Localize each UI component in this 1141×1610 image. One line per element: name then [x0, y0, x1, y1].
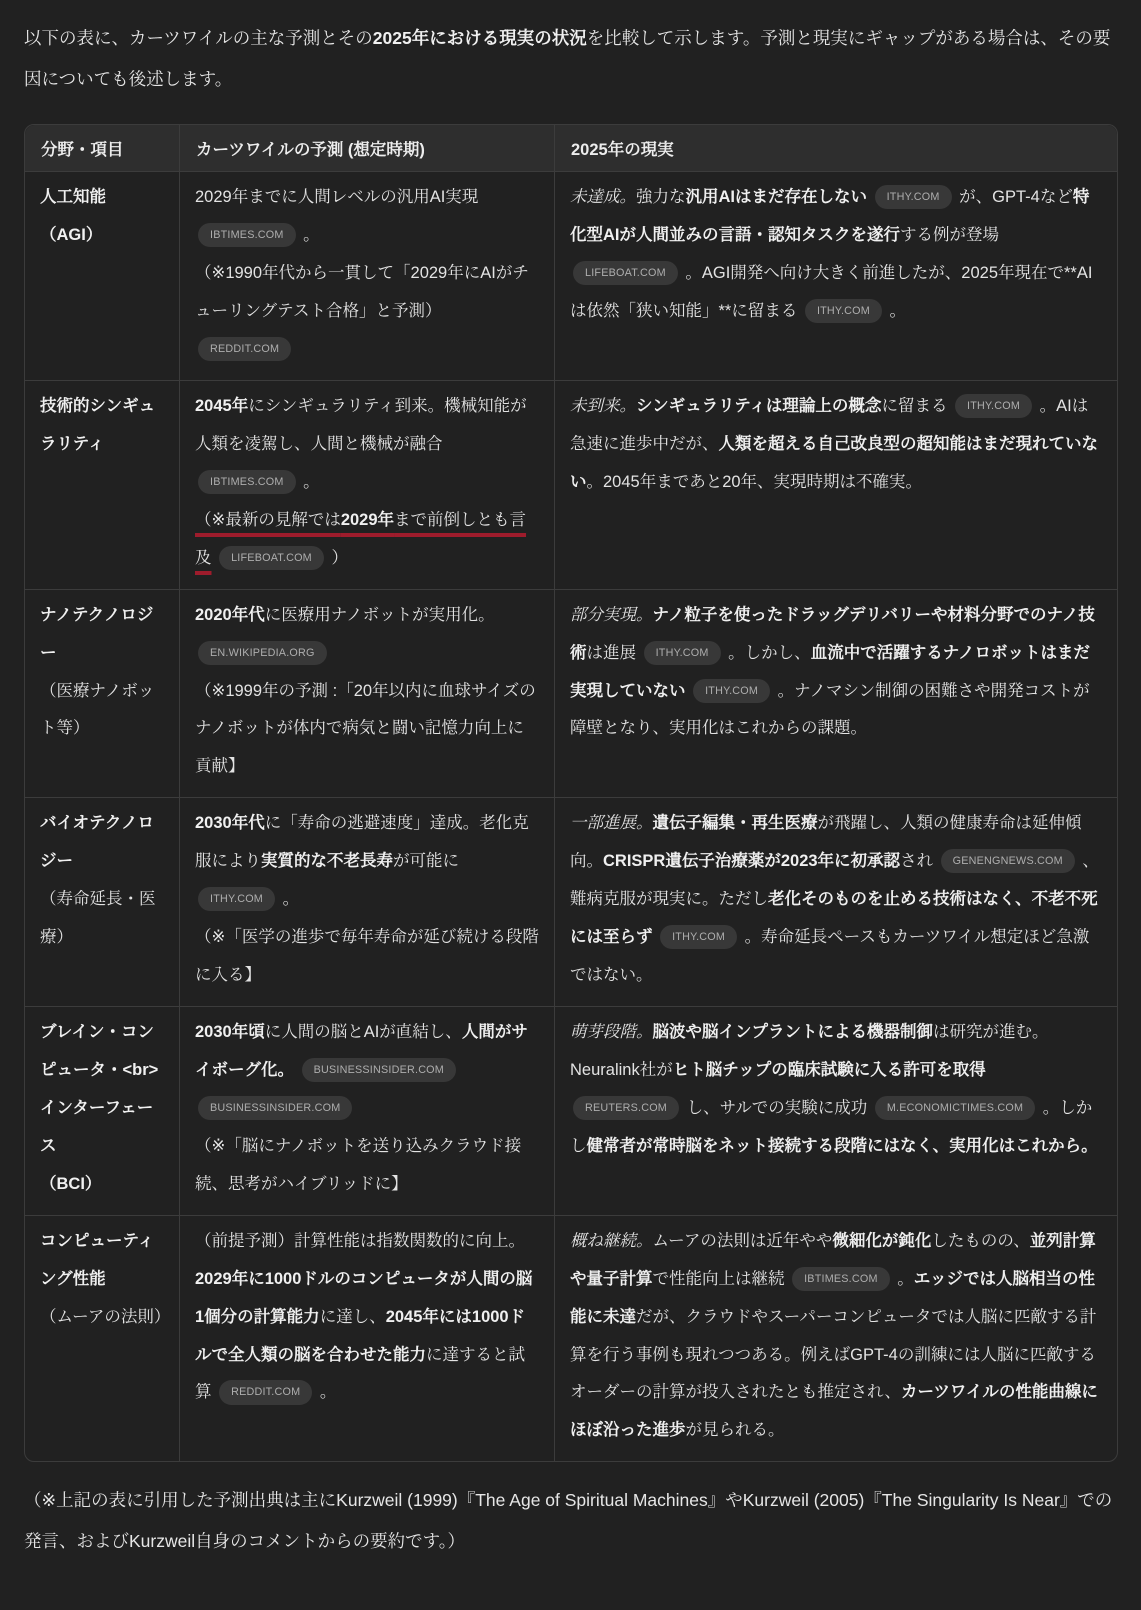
- text-segment: 。: [885, 302, 906, 320]
- field-cell: バイオテクノロジー（寿命延長・医療）: [25, 798, 180, 1007]
- prediction-cell: （前提予測）計算性能は指数関数的に向上。2029年に1000ドルのコンピュータが…: [180, 1216, 555, 1462]
- citation-badge[interactable]: ITHY.COM: [693, 679, 770, 703]
- text-segment: （BCI）: [40, 1175, 101, 1193]
- table-row: 人工知能（AGI） 2029年までに人間レベルの汎用AI実現 IBTIMES.C…: [25, 172, 1117, 381]
- text-segment: 人工知能: [40, 188, 106, 206]
- citation-badge[interactable]: ITHY.COM: [875, 185, 952, 209]
- text-segment: 実質的な不老長寿: [261, 852, 393, 870]
- citation-badge[interactable]: BUSINESSINSIDER.COM: [302, 1058, 456, 1082]
- text-segment: し、サルでの実験に成功: [682, 1099, 872, 1117]
- text-segment: 2025年における現実の状況: [373, 28, 587, 48]
- text-segment: で性能向上は継続: [653, 1270, 790, 1288]
- column-header-prediction: カーツワイルの予測 (想定時期): [180, 125, 555, 172]
- table-header-row: 分野・項目 カーツワイルの予測 (想定時期) 2025年の現実: [25, 125, 1117, 172]
- text-segment: （※1990年代から一貫して「2029年にAIがチューリングテスト合格」と予測）: [195, 264, 529, 320]
- text-segment: （寿命延長・医療）: [40, 890, 156, 946]
- text-segment: に人間の脳とAIが直結し、: [265, 1023, 462, 1041]
- text-segment: 2029年までに人間レベルの汎用AI実現: [195, 188, 478, 206]
- table-row: ナノテクノロジー（医療ナノボット等） 2020年代に医療用ナノボットが実用化。 …: [25, 590, 1117, 799]
- prediction-cell: 2020年代に医療用ナノボットが実用化。 EN.WIKIPEDIA.ORG（※1…: [180, 590, 555, 799]
- reality-cell: 萌芽段階。脳波や脳インプラントによる機器制御は研究が進む。Neuralink社が…: [555, 1007, 1117, 1216]
- citation-badge[interactable]: REDDIT.COM: [219, 1380, 312, 1404]
- text-segment: コンピューティング性能: [40, 1232, 154, 1288]
- text-segment: ヒト脳チップの臨床試験に入る許可を取得: [673, 1061, 986, 1079]
- table-row: バイオテクノロジー（寿命延長・医療） 2030年代に「寿命の逃避速度」達成。老化…: [25, 798, 1117, 1007]
- text-segment: ）: [327, 549, 348, 567]
- intro-paragraph: 以下の表に、カーツワイルの主な予測とその2025年における現実の状況を比較して示…: [24, 18, 1117, 100]
- text-segment: （※最新の見解では: [195, 511, 341, 529]
- citation-badge[interactable]: ITHY.COM: [805, 299, 882, 323]
- text-segment: [212, 549, 217, 567]
- text-segment: CRISPR遺伝子治療薬が2023年に初承認: [603, 852, 900, 870]
- text-segment: [294, 1061, 299, 1079]
- text-segment: 。2045年まであと20年、実現時期は不確実。: [587, 473, 923, 491]
- text-segment: 一部進展。: [570, 814, 653, 832]
- text-segment: 遺伝子編集・再生医療: [653, 814, 818, 832]
- citation-badge[interactable]: EN.WIKIPEDIA.ORG: [198, 641, 327, 665]
- text-segment: 2030年代: [195, 814, 265, 832]
- text-segment: 。: [893, 1270, 914, 1288]
- text-segment: に医療用ナノボットが実用化。: [265, 606, 495, 624]
- reality-cell: 未到来。シンギュラリティは理論上の概念に留まる ITHY.COM 。AIは急速に…: [555, 381, 1117, 590]
- text-segment: 2020年代: [195, 606, 265, 624]
- text-segment: ムーアの法則は近年やや: [653, 1232, 833, 1250]
- text-segment: したものの、: [931, 1232, 1029, 1250]
- text-segment: [686, 682, 691, 700]
- text-segment: （前提予測）計算性能は指数関数的に向上。: [195, 1232, 525, 1250]
- reality-cell: 概ね継続。ムーアの法則は近年やや微細化が鈍化したものの、並列計算や量子計算で性能…: [555, 1216, 1117, 1462]
- prediction-cell: 2045年にシンギュラリティ到来。機械知能が人類を凌駕し、人間と機械が融合 IB…: [180, 381, 555, 590]
- field-cell: コンピューティング性能（ムーアの法則）: [25, 1216, 180, 1462]
- text-segment: 2030年頃: [195, 1023, 265, 1041]
- text-segment: に達し、: [320, 1308, 386, 1326]
- text-segment: 以下の表に、カーツワイルの主な予測とその: [24, 28, 373, 48]
- citation-badge[interactable]: LIFEBOAT.COM: [219, 546, 324, 570]
- text-segment: され: [900, 852, 938, 870]
- text-segment: 未到来。: [570, 397, 636, 415]
- text-segment: （医療ナノボット等）: [40, 682, 154, 738]
- reality-cell: 部分実現。ナノ粒子を使ったドラッグデリバリーや材料分野でのナノ技術は進展 ITH…: [555, 590, 1117, 799]
- table-row: ブレイン・コンピュータ・<br>インターフェース（BCI） 2030年頃に人間の…: [25, 1007, 1117, 1216]
- text-segment: （※「医学の進歩で毎年寿命が延び続ける段階に入る】: [195, 928, 539, 984]
- citation-badge[interactable]: ITHY.COM: [198, 887, 275, 911]
- text-segment: 。: [315, 1383, 336, 1401]
- citation-badge[interactable]: ITHY.COM: [660, 925, 737, 949]
- text-segment: 2045年: [195, 397, 248, 415]
- text-segment: （※「脳にナノボットを送り込みクラウド接続、思考がハイブリッドに】: [195, 1137, 521, 1193]
- text-segment: [867, 188, 872, 206]
- field-cell: ブレイン・コンピュータ・<br>インターフェース（BCI）: [25, 1007, 180, 1216]
- source-footnote: （※上記の表に引用した予測出典は主にKurzweil (1999)『The Ag…: [24, 1480, 1117, 1562]
- citation-badge[interactable]: LIFEBOAT.COM: [573, 261, 678, 285]
- text-segment: が可能に: [393, 852, 459, 870]
- text-segment: ナノテクノロジー: [40, 606, 153, 662]
- text-segment: 微細化が鈍化: [832, 1232, 931, 1250]
- text-segment: が、GPT-4など: [955, 188, 1073, 206]
- text-segment: 強力な: [636, 188, 686, 206]
- reality-cell: 未達成。強力な汎用AIはまだ存在しない ITHY.COM が、GPT-4など特化…: [555, 172, 1117, 381]
- text-segment: （ムーアの法則）: [40, 1308, 170, 1326]
- reality-cell: 一部進展。遺伝子編集・再生医療が飛躍し、人類の健康寿命は延伸傾向。CRISPR遺…: [555, 798, 1117, 1007]
- text-segment: バイオテクノロジー: [40, 814, 154, 870]
- citation-badge[interactable]: IBTIMES.COM: [198, 470, 296, 494]
- column-header-field: 分野・項目: [25, 125, 180, 172]
- citation-badge[interactable]: GENENGNEWS.COM: [941, 849, 1075, 873]
- table-row: コンピューティング性能（ムーアの法則） （前提予測）計算性能は指数関数的に向上。…: [25, 1216, 1117, 1462]
- prediction-cell: 2030年頃に人間の脳とAIが直結し、人間がサイボーグ化。 BUSINESSIN…: [180, 1007, 555, 1216]
- citation-badge[interactable]: BUSINESSINSIDER.COM: [198, 1096, 352, 1120]
- field-cell: 技術的シンギュラリティ: [25, 381, 180, 590]
- citation-badge[interactable]: IBTIMES.COM: [198, 223, 296, 247]
- text-segment: 。: [299, 226, 320, 244]
- table-row: 技術的シンギュラリティ 2045年にシンギュラリティ到来。機械知能が人類を凌駕し…: [25, 381, 1117, 590]
- text-segment: する例が登場: [900, 226, 999, 244]
- text-segment: （AGI）: [40, 226, 102, 244]
- text-segment: 萌芽段階。: [570, 1023, 653, 1041]
- text-segment: 技術的シンギュラリティ: [40, 397, 155, 453]
- text-segment: 。: [299, 473, 320, 491]
- text-segment: 部分実現。: [570, 606, 653, 624]
- citation-badge[interactable]: ITHY.COM: [955, 394, 1032, 418]
- text-segment: 2029年: [341, 511, 394, 529]
- citation-badge[interactable]: REDDIT.COM: [198, 337, 291, 361]
- text-segment: シンギュラリティは理論上の概念: [636, 397, 881, 415]
- prediction-cell: 2030年代に「寿命の逃避速度」達成。老化克服により実質的な不老長寿が可能に I…: [180, 798, 555, 1007]
- text-segment: 概ね継続。: [570, 1232, 653, 1250]
- text-segment: 脳波や脳インプラントによる機器制御: [653, 1023, 934, 1041]
- text-segment: 。: [278, 890, 299, 908]
- text-segment: は進展: [587, 644, 641, 662]
- text-segment: 未達成。: [570, 188, 636, 206]
- column-header-reality: 2025年の現実: [555, 125, 1117, 172]
- field-cell: ナノテクノロジー（医療ナノボット等）: [25, 590, 180, 799]
- field-cell: 人工知能（AGI）: [25, 172, 180, 381]
- prediction-comparison-table: 分野・項目 カーツワイルの予測 (想定時期) 2025年の現実 人工知能（AGI…: [24, 124, 1118, 1462]
- citation-badge[interactable]: M.ECONOMICTIMES.COM: [875, 1096, 1035, 1120]
- prediction-cell: 2029年までに人間レベルの汎用AI実現 IBTIMES.COM 。（※1990…: [180, 172, 555, 381]
- text-segment: 。しかし、: [724, 644, 811, 662]
- text-segment: 健常者が常時脳をネット接続する段階にはなく、実用化はこれから。: [587, 1137, 1098, 1155]
- citation-badge[interactable]: IBTIMES.COM: [792, 1267, 890, 1291]
- text-segment: （※1999年の予測 :「20年以内に血球サイズのナノボットが体内で病気と闘い記…: [195, 682, 536, 776]
- text-segment: 汎用AIはまだ存在しない: [686, 188, 868, 206]
- text-segment: に留まる: [881, 397, 952, 415]
- text-segment: が見られる。: [686, 1421, 785, 1439]
- text-segment: [653, 928, 658, 946]
- citation-badge[interactable]: REUTERS.COM: [573, 1096, 679, 1120]
- citation-badge[interactable]: ITHY.COM: [644, 641, 721, 665]
- text-segment: ブレイン・コンピュータ・<br>インターフェース: [40, 1023, 158, 1155]
